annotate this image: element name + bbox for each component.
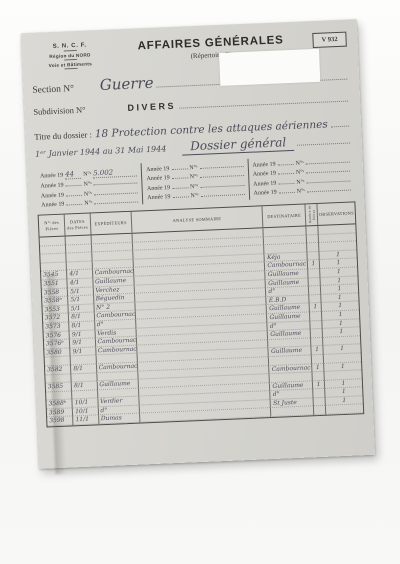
- column-header-label: EXPÉDITEURS: [94, 220, 126, 226]
- annee-row: Année 19N°ˢ: [253, 187, 350, 197]
- numeros-label: N°ˢ: [295, 160, 303, 166]
- column-header-obs: OBSERVATIONS: [317, 202, 356, 225]
- annee-numeros-value: [199, 166, 243, 169]
- dossier-general-handwritten: Dossier général: [182, 135, 295, 156]
- cell-value-obs: [321, 242, 354, 243]
- scan-background: S. N. C. F. Région du NORD Voie et Bâtim…: [0, 0, 400, 564]
- annee-label: Année 19: [40, 172, 63, 179]
- annee-year-value: [278, 173, 294, 175]
- document-paper: S. N. C. F. Région du NORD Voie et Bâtim…: [21, 19, 375, 469]
- section-line: Section N° Guerre: [32, 67, 350, 95]
- cell-value-date: [73, 356, 93, 357]
- numeros-label: N°ˢ: [189, 164, 197, 170]
- cell-value-obs: [328, 405, 361, 406]
- annee-year-value: [66, 185, 82, 187]
- column-header-dest: DESTINATAIRE: [262, 205, 305, 228]
- section-label: Section N°: [32, 84, 74, 96]
- cell-value-obs: [320, 224, 353, 225]
- annee-row: Année 1944N°ˢ5.002: [40, 167, 138, 180]
- column-header-date: DATES des Pièces: [64, 214, 90, 236]
- cell-value-date: 11/1: [75, 416, 96, 425]
- cell-obs: [325, 405, 363, 415]
- annee-label: Année 19: [41, 192, 64, 199]
- cell-exp: Dumas: [98, 414, 139, 424]
- annee-numeros-value: [200, 175, 244, 178]
- numeros-label: N°ˢ: [83, 181, 91, 187]
- numeros-label: N°ˢ: [83, 171, 91, 177]
- annee-numeros-value: 5.002: [93, 167, 137, 178]
- cell-value-date: [74, 390, 94, 391]
- annee-numeros-value: [306, 180, 350, 183]
- subdivision-label: Subdivision N°: [33, 105, 86, 117]
- cell-nb: [313, 406, 325, 415]
- cell-value-nb: 1: [314, 363, 321, 372]
- dotted-leader: [331, 126, 349, 128]
- cell-value-date: [69, 253, 89, 254]
- cell-value-no: [43, 262, 64, 263]
- cell-value-nb: 1: [312, 303, 319, 312]
- cell-value-date: [68, 244, 88, 245]
- annee-grid: Année 1944N°ˢ5.002Année 19N°ˢAnnée 19N°ˢ…: [36, 154, 355, 208]
- annee-year-value: [278, 182, 294, 184]
- annee-row: Année 19N°ˢ: [253, 177, 350, 187]
- annee-year-value: 44: [65, 169, 81, 179]
- numeros-label: N°ˢ: [297, 188, 305, 194]
- annee-label: Année 19: [147, 185, 170, 192]
- annee-label: Année 19: [41, 202, 64, 209]
- numeros-label: N°ˢ: [190, 174, 198, 180]
- column-header-label: OBSERVATIONS: [319, 210, 354, 217]
- column-header-label: N°ˢ des Pièces: [40, 220, 64, 231]
- annee-column: Année 1944N°ˢ5.002Année 19N°ˢAnnée 19N°ˢ…: [36, 163, 143, 208]
- annee-numeros-value: [94, 201, 138, 204]
- annee-year-value: [172, 177, 188, 179]
- annee-row: Année 19N°ˢ: [40, 179, 137, 189]
- register-table-body: Kéja135454/1CambournacCambournac1135514/…: [40, 224, 364, 426]
- annee-row: Année 19N°ˢ: [147, 191, 244, 201]
- annee-year-value: [278, 163, 294, 165]
- annee-label: Année 19: [147, 194, 170, 201]
- annee-row: Année 19N°ˢ: [253, 168, 350, 178]
- annee-row: Année 19N°ˢ: [41, 198, 138, 208]
- numeros-label: N°ˢ: [296, 179, 304, 185]
- redaction-patch: [219, 49, 320, 86]
- annee-row: Année 19N°ˢ: [146, 172, 243, 182]
- register-table: N°ˢ des PiècesDATES des PiècesEXPÉDITEUR…: [38, 201, 365, 427]
- column-header-label: DESTINATAIRE: [267, 213, 301, 220]
- numeros-label: N°ˢ: [84, 200, 92, 206]
- annee-year-value: [172, 187, 188, 189]
- annee-numeros-value: [94, 182, 138, 185]
- cell-value-no: [42, 254, 63, 255]
- cell-value-nb: 1: [313, 346, 320, 355]
- column-header-label: DATES des Pièces: [66, 219, 89, 230]
- annee-label: Année 19: [146, 166, 169, 173]
- annee-year-value: [173, 196, 189, 198]
- annee-label: Année 19: [253, 180, 276, 187]
- dotted-leader: [179, 101, 348, 109]
- cell-value-obs: [327, 370, 360, 371]
- org-service: Voie et Bâtiments: [31, 61, 109, 71]
- annee-numeros-value: [306, 171, 350, 174]
- annee-numeros-value: [201, 194, 245, 197]
- cell-value-obs: [325, 336, 358, 337]
- annee-row: Année 19N°ˢ: [252, 158, 349, 168]
- annee-numeros-value: [94, 192, 138, 195]
- annee-column: Année 19N°ˢAnnée 19N°ˢAnnée 19N°ˢAnnée 1…: [141, 159, 249, 204]
- cell-value-no: [42, 245, 63, 246]
- cell-value-date: [69, 261, 89, 262]
- cell-value-date: [74, 373, 94, 374]
- dotted-leader: [297, 143, 350, 146]
- cell-value-obs: [321, 233, 354, 234]
- cell-value-obs: [326, 353, 359, 354]
- column-header-nb: Nombre de Pièces: [305, 204, 318, 225]
- cell-value-nb: 1: [310, 260, 317, 269]
- annee-numeros-value: [200, 185, 244, 188]
- cell-value-exp: Dumas: [101, 414, 137, 424]
- numeros-label: N°ˢ: [296, 170, 304, 176]
- column-header-exp: EXPÉDITEURS: [89, 212, 131, 235]
- annee-label: Année 19: [253, 190, 276, 197]
- annee-row: Année 19N°ˢ: [146, 163, 243, 173]
- cell-value-no: [42, 237, 63, 238]
- subdivision-line: Subdivision N° DIVERS: [33, 93, 351, 116]
- annee-year-value: [66, 204, 82, 206]
- column-header-label: ANALYSE SOMMAIRE: [173, 216, 222, 223]
- reference-box: V 932: [312, 32, 347, 48]
- numeros-label: N°ˢ: [190, 183, 198, 189]
- dossier-title-label: Titre du dossier :: [34, 129, 92, 141]
- annee-row: Année 19N°ˢ: [147, 182, 244, 192]
- cell-value-nb: 1: [315, 381, 322, 390]
- org-block: S. N. C. F. Région du NORD Voie et Bâtim…: [30, 40, 109, 71]
- annee-numeros-value: [306, 161, 350, 164]
- cell-date: 11/1: [72, 416, 98, 426]
- section-value-handwritten: Guerre: [99, 76, 153, 93]
- annee-year-value: [171, 168, 187, 170]
- annee-row: Année 19N°ˢ: [41, 189, 138, 199]
- annee-numeros-value: [307, 190, 351, 193]
- annee-label: Année 19: [252, 161, 275, 168]
- numeros-label: N°ˢ: [84, 191, 92, 197]
- annee-year-value: [279, 192, 295, 194]
- subdivision-stamp: DIVERS: [127, 101, 176, 113]
- column-header-label: Nombre de Pièces: [307, 205, 316, 224]
- dossier-date-range: 1ᵉʳ Janvier 1944 au 31 Mai 1944: [35, 144, 167, 158]
- annee-label: Année 19: [40, 183, 63, 190]
- cell-dest: [270, 407, 313, 417]
- annee-label: Année 19: [253, 171, 276, 178]
- annee-year-value: [66, 194, 82, 196]
- cell-value-date: [68, 236, 88, 237]
- annee-column: Année 19N°ˢAnnée 19N°ˢAnnée 19N°ˢAnnée 1…: [247, 154, 355, 199]
- numeros-label: N°ˢ: [190, 193, 198, 199]
- column-header-no: N°ˢ des Pièces: [39, 215, 65, 237]
- annee-label: Année 19: [146, 175, 169, 182]
